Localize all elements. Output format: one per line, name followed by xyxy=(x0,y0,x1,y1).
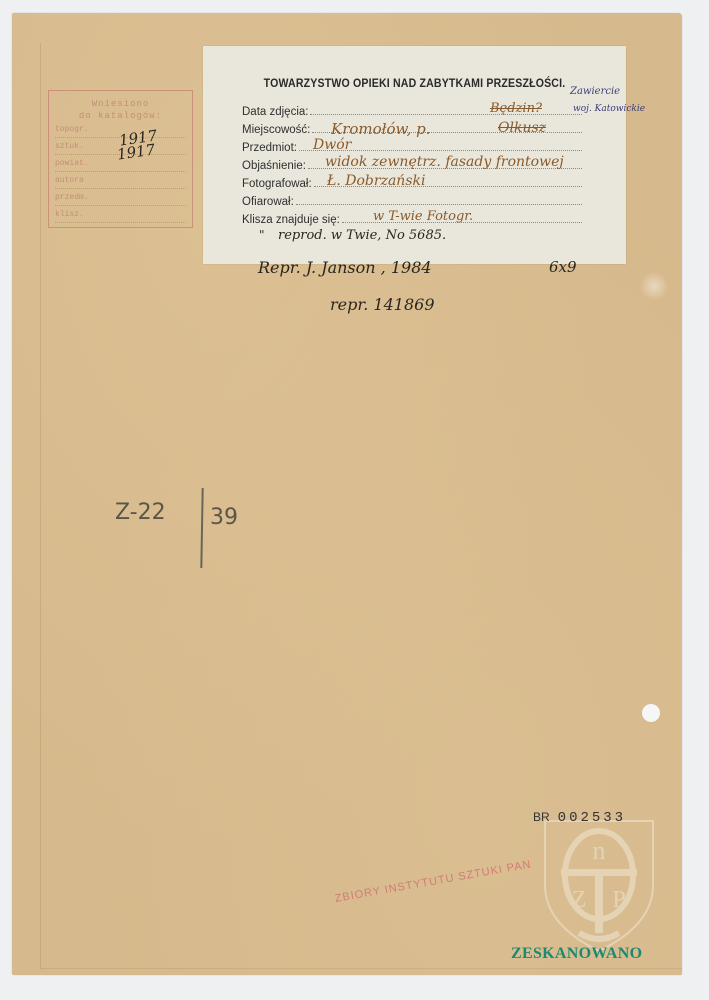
label-title: TOWARZYSTWO OPIEKI NAD ZABYTKAMI PRZESZŁ… xyxy=(228,76,600,90)
struck-place-text: Olkusz xyxy=(498,120,546,136)
field-label: Data zdjęcia: xyxy=(242,106,308,118)
repro-note: Repr. J. Janson , 1984 xyxy=(258,258,432,277)
worn-spot xyxy=(640,271,668,301)
catalog-stamp-header-2: do katalogów: xyxy=(49,111,192,121)
catalog-row: klisz. xyxy=(55,210,186,223)
fold-line xyxy=(40,43,41,969)
archival-card: Wniesiono do katalogów: topogr. sztuk. p… xyxy=(12,13,682,975)
collection-stamp: ZBIORY INSTYTUTU SZTUKI PAN xyxy=(334,858,532,904)
value-place: Kromołów, p. xyxy=(331,120,431,138)
value-negative: w T-wie Fotogr. xyxy=(373,209,473,224)
inventory-value: 002533 xyxy=(558,810,626,826)
field-label: Fotografował: xyxy=(242,178,312,190)
catalog-stamp: Wniesiono do katalogów: topogr. sztuk. p… xyxy=(48,90,193,228)
reprod-line: reprod. w Twie, No 5685. xyxy=(278,228,446,243)
fold-line-bottom xyxy=(40,968,682,969)
correction-above: Zawiercie xyxy=(570,86,620,97)
catalog-row: przedm. xyxy=(55,193,186,206)
svg-text:n: n xyxy=(593,836,606,865)
inventory-number: BR002533 xyxy=(533,810,626,826)
correction-right: woj. Katowickie xyxy=(573,104,645,114)
value-photographer: Ł. Dobrzański xyxy=(327,173,425,189)
field-label: Ofiarował: xyxy=(242,196,294,208)
field-donor: Ofiarował: xyxy=(242,194,582,210)
value-description: widok zewnętrz. fasady frontowej xyxy=(325,154,564,170)
catalog-stamp-header-1: Wniesiono xyxy=(49,99,192,109)
scanned-stamp: ZESKANOWANO xyxy=(511,945,642,963)
svg-text:P: P xyxy=(612,887,625,913)
extra-prefix: " xyxy=(259,228,265,242)
catalog-row: autora xyxy=(55,176,186,189)
punch-hole xyxy=(642,704,660,722)
format-note: 6x9 xyxy=(549,258,577,276)
signature-left: Z-22 xyxy=(115,500,166,525)
repro-number: repr. 141869 xyxy=(330,295,435,314)
field-label: Miejscowość: xyxy=(242,124,310,136)
ntzp-emblem-icon: n Z P xyxy=(539,815,659,955)
svg-text:Z: Z xyxy=(572,887,587,913)
inventory-prefix: BR xyxy=(533,810,550,824)
field-label: Klisza znajduje się: xyxy=(242,214,340,226)
field-label: Objaśnienie: xyxy=(242,160,306,172)
value-subject: Dwór xyxy=(313,137,351,153)
pencil-divider xyxy=(200,488,203,568)
signature-right: 39 xyxy=(210,505,238,530)
struck-date-text: Będzin? xyxy=(490,101,542,116)
photo-label-card: TOWARZYSTWO OPIEKI NAD ZABYTKAMI PRZESZŁ… xyxy=(203,46,626,264)
field-label: Przedmiot: xyxy=(242,142,297,154)
